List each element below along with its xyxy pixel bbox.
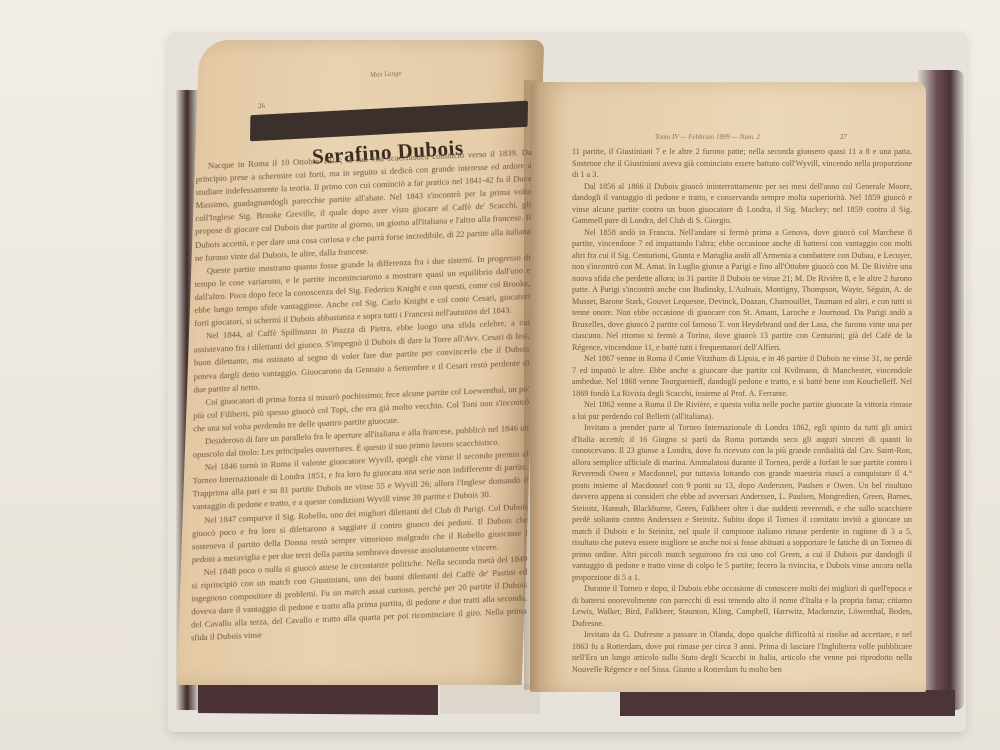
left-page-number: 26 bbox=[258, 102, 265, 110]
right-page-text: 11 partite, il Giustiniani 7 e le altre … bbox=[572, 146, 912, 636]
paragraph: Nel 1867 venne in Roma il Conte Vitzthum… bbox=[572, 353, 912, 399]
right-page-number: 27 bbox=[840, 133, 847, 141]
paragraph: Nacque in Roma il 10 Ottobre 1817; la su… bbox=[195, 146, 532, 265]
left-page-text: Nacque in Roma il 10 Ottobre 1817; la su… bbox=[191, 146, 532, 631]
paragraph: Dal 1856 al 1866 il Dubois giuocò ininte… bbox=[572, 181, 912, 227]
right-running-head: Tomo IV — Febbraio 1899 — Num. 2 bbox=[655, 133, 760, 141]
paragraph: Nel 1858 andò in Francia. Nell'andare si… bbox=[572, 227, 912, 354]
paragraph: Nel 1862 venne a Roma il De Rivière, e q… bbox=[572, 399, 912, 422]
cover-marbled-strip-right bbox=[620, 690, 955, 716]
paragraph: Durante il Torneo e dopo, il Dubois ebbe… bbox=[572, 583, 912, 629]
paragraph: Invitato da G. Dufresne a passare in Ola… bbox=[572, 629, 912, 675]
paragraph: Invitato a prender parte al Torneo Inter… bbox=[572, 422, 912, 583]
paragraph: Nel 1848 poco o nulla si giuocò attese l… bbox=[191, 552, 528, 645]
paragraph: 11 partite, il Giustiniani 7 e le altre … bbox=[572, 146, 912, 181]
left-running-head: Max Lange bbox=[370, 69, 402, 79]
